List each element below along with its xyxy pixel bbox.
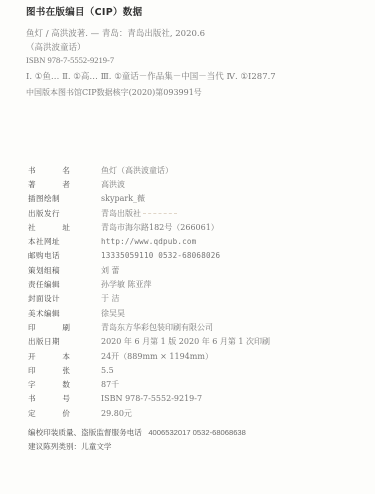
row-illustrator: 插图绘制 skypark_薇 bbox=[28, 192, 358, 206]
cip-series-line: （高洪波童话） bbox=[26, 41, 86, 53]
label-responsible-editor: 责任编辑 bbox=[28, 279, 70, 290]
label-title: 书名 bbox=[28, 165, 70, 176]
row-website: 本社网址 http://www.qdpub.com bbox=[28, 234, 358, 248]
label-publisher: 出版发行 bbox=[28, 208, 70, 219]
value-printer: 青岛东方华彩包装印刷有限公司 bbox=[101, 322, 213, 333]
row-publisher: 出版发行 青岛出版社 bbox=[28, 206, 358, 220]
label-planning-editor: 策划组稿 bbox=[28, 265, 70, 276]
row-publication-date: 出版日期 2020 年 6 月第 1 版 2020 年 6 月第 1 次印刷 bbox=[28, 335, 358, 349]
label-publication-date: 出版日期 bbox=[28, 336, 70, 347]
label-art-editor: 美术编辑 bbox=[28, 308, 70, 319]
cip-isbn-line: ISBN 978-7-5552-9219-7 bbox=[26, 55, 114, 65]
value-responsible-editor: 孙学敏 陈亚萍 bbox=[101, 279, 152, 290]
row-address: 社址 青岛市海尔路182号（266061） bbox=[28, 220, 358, 234]
row-cover-design: 封面设计 于 洁 bbox=[28, 292, 358, 306]
row-word-count: 字数 87千 bbox=[28, 377, 358, 391]
label-format: 开本 bbox=[28, 351, 70, 362]
value-website: http://www.qdpub.com bbox=[101, 237, 196, 246]
row-title: 书名 鱼灯（高洪波童话） bbox=[28, 163, 358, 177]
row-price: 定价 29.80元 bbox=[28, 406, 358, 420]
row-sheets: 印张 5.5 bbox=[28, 363, 358, 377]
row-responsible-editor: 责任编辑 孙学敏 陈亚萍 bbox=[28, 277, 358, 291]
label-price: 定价 bbox=[28, 408, 70, 419]
label-mail-order-phone: 邮购电话 bbox=[28, 250, 70, 261]
quality-hotline: 编校印装质量、盗版监督服务电话 4006532017 0532-68068638 bbox=[28, 427, 246, 438]
value-author: 高洪波 bbox=[101, 179, 125, 190]
value-publication-date: 2020 年 6 月第 1 版 2020 年 6 月第 1 次印刷 bbox=[101, 336, 270, 347]
label-address: 社址 bbox=[28, 222, 70, 233]
label-printer: 印刷 bbox=[28, 322, 70, 333]
value-art-editor: 徐吴昊 bbox=[101, 308, 125, 319]
label-isbn: 书号 bbox=[28, 393, 70, 404]
value-format: 24开（889mm × 1194mm） bbox=[101, 351, 213, 362]
label-cover-design: 封面设计 bbox=[28, 293, 70, 304]
label-word-count: 字数 bbox=[28, 379, 70, 390]
value-planning-editor: 刘 蕾 bbox=[101, 265, 120, 276]
row-planning-editor: 策划组稿 刘 蕾 bbox=[28, 263, 358, 277]
row-isbn: 书号 ISBN 978-7-5552-9219-7 bbox=[28, 392, 358, 406]
value-mail-order-phone: 13335059110 0532-68068026 bbox=[101, 251, 220, 260]
scan-mark bbox=[143, 213, 177, 214]
hotline-numbers: 4006532017 0532-68068638 bbox=[148, 428, 246, 437]
display-category: 建议陈列类别：儿童文学 bbox=[28, 441, 112, 452]
value-word-count: 87千 bbox=[101, 379, 119, 390]
publication-details: 书名 鱼灯（高洪波童话） 著者 高洪波 插图绘制 skypark_薇 出版发行 … bbox=[28, 163, 358, 420]
value-price: 29.80元 bbox=[101, 408, 132, 419]
value-address: 青岛市海尔路182号（266061） bbox=[101, 222, 219, 233]
label-website: 本社网址 bbox=[28, 236, 70, 247]
copyright-page: 图书在版编目（CIP）数据 鱼灯 / 高洪波著. — 青岛：青岛出版社, 202… bbox=[0, 0, 375, 494]
row-mail-order-phone: 邮购电话 13335059110 0532-68068026 bbox=[28, 249, 358, 263]
row-author: 著者 高洪波 bbox=[28, 177, 358, 191]
row-printer: 印刷 青岛东方华彩包装印刷有限公司 bbox=[28, 320, 358, 334]
label-illustrator: 插图绘制 bbox=[28, 193, 70, 204]
row-art-editor: 美术编辑 徐吴昊 bbox=[28, 306, 358, 320]
value-illustrator: skypark_薇 bbox=[101, 193, 145, 204]
value-sheets: 5.5 bbox=[101, 366, 114, 375]
value-publisher: 青岛出版社 bbox=[101, 208, 177, 219]
cip-record-number: 中国版本图书馆CIP数据核字(2020)第093991号 bbox=[26, 87, 202, 98]
cip-bibliographic-line: 鱼灯 / 高洪波著. — 青岛：青岛出版社, 2020.6 bbox=[26, 27, 205, 39]
label-sheets: 印张 bbox=[28, 365, 70, 376]
value-cover-design: 于 洁 bbox=[101, 293, 120, 304]
value-title: 鱼灯（高洪波童话） bbox=[101, 165, 173, 176]
value-isbn: ISBN 978-7-5552-9219-7 bbox=[101, 394, 202, 403]
cip-title: 图书在版编目（CIP）数据 bbox=[26, 4, 142, 18]
label-author: 著者 bbox=[28, 179, 70, 190]
row-format: 开本 24开（889mm × 1194mm） bbox=[28, 349, 358, 363]
hotline-label: 编校印装质量、盗版监督服务电话 bbox=[28, 428, 142, 437]
cip-classification-line: Ⅰ. ①鱼… Ⅱ. ①高… Ⅲ. ①童话－作品集－中国－当代 Ⅳ. ①I287.… bbox=[26, 70, 276, 82]
